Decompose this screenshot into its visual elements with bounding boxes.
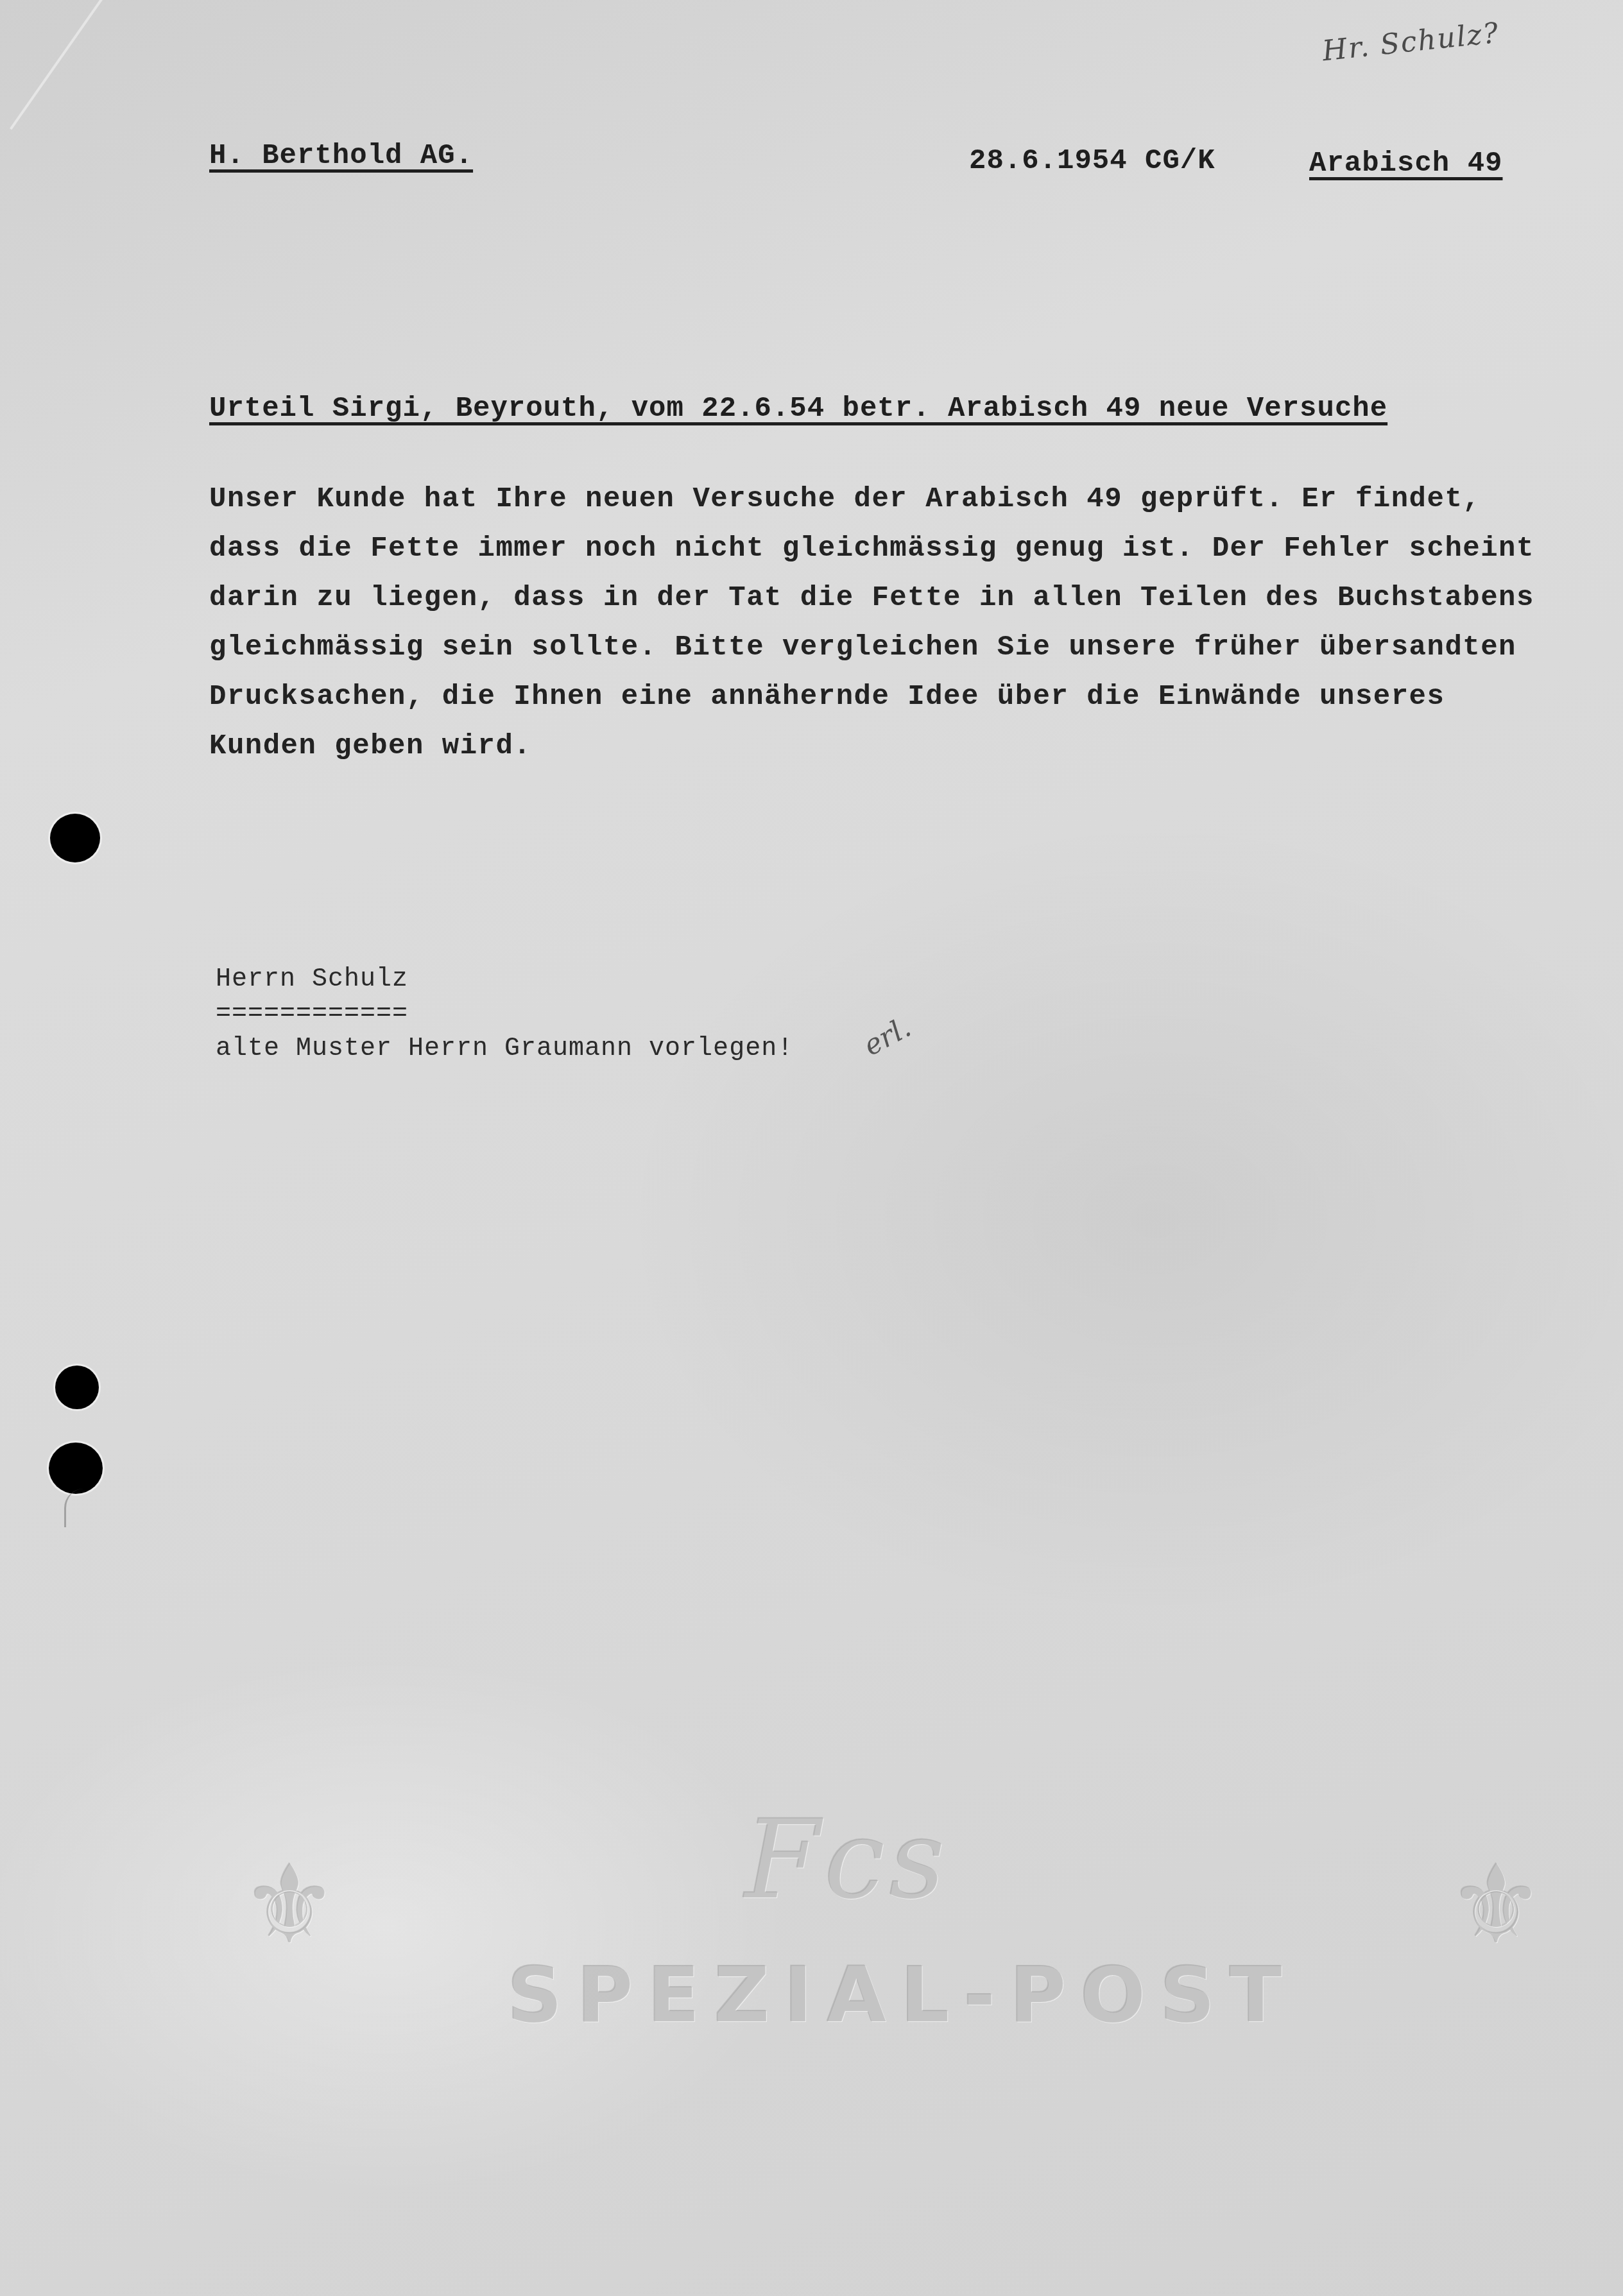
paper-sheet: Hr. Schulz? H. Berthold AG. 28.6.1954 CG… xyxy=(0,0,1623,2296)
body-line: dass die Fette immer noch nicht gleichmä… xyxy=(209,524,1595,574)
header-reference: Arabisch 49 xyxy=(1290,148,1502,180)
punch-hole-icon xyxy=(50,814,100,862)
body-line: darin zu liegen, dass in der Tat die Fet… xyxy=(209,574,1595,623)
handwritten-note-top: Hr. Schulz? xyxy=(1321,17,1501,68)
paper-crease xyxy=(10,0,107,130)
fleur-de-lis-icon: ⚜ xyxy=(1447,1842,1545,1969)
subject-line: Urteil Sirgi, Beyrouth, vom 22.6.54 betr… xyxy=(209,393,1387,425)
body-line: Kunden geben wird. xyxy=(209,722,1595,771)
header-date-reference: 28.6.1954 CG/K xyxy=(969,145,1215,177)
note-separator: ============ xyxy=(216,997,793,1032)
body-line: Drucksachen, die Ihnen eine annähernde I… xyxy=(209,673,1595,722)
punch-hole-icon xyxy=(49,1443,103,1494)
fleur-de-lis-icon: ⚜ xyxy=(241,1842,338,1969)
punch-hole-icon xyxy=(55,1366,99,1409)
watermark-logo: Fcs xyxy=(744,1797,949,1924)
body-line: gleichmässig sein sollte. Bitte vergleic… xyxy=(209,623,1595,673)
internal-note: Herrn Schulz ============ alte Muster He… xyxy=(216,963,793,1067)
note-recipient: Herrn Schulz xyxy=(216,963,793,997)
paper-tear xyxy=(64,1489,92,1527)
body-paragraph: Unser Kunde hat Ihre neuen Versuche der … xyxy=(209,475,1595,771)
handwritten-initials: erl. xyxy=(858,1011,916,1062)
note-instruction: alte Muster Herrn Graumann vorlegen! xyxy=(216,1032,793,1067)
watermark-text: SPEZIAL-POST xyxy=(507,1951,1296,2040)
header-company: H. Berthold AG. xyxy=(209,140,473,172)
body-line: Unser Kunde hat Ihre neuen Versuche der … xyxy=(209,475,1595,524)
